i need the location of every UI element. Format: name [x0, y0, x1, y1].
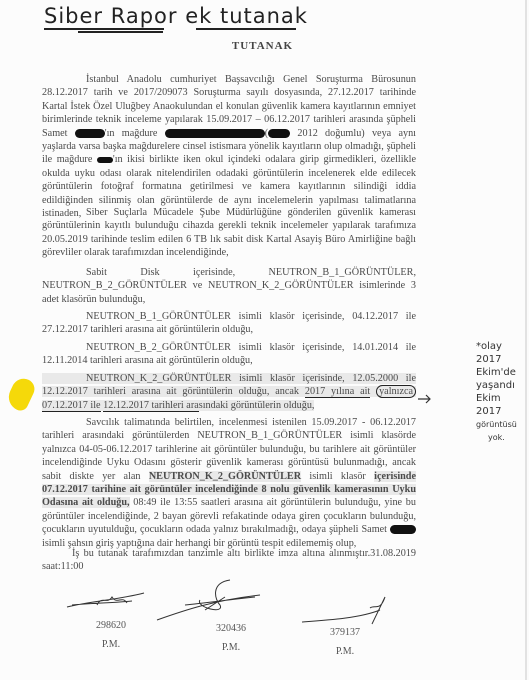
signature-2 [155, 575, 265, 625]
paragraph-k2: NEUTRON_K_2_GÖRÜNTÜLER isimli klasör içe… [42, 372, 416, 412]
paragraph-b2: NEUTRON_B_2_GÖRÜNTÜLER isimli klasör içe… [42, 341, 416, 368]
header-underline [78, 31, 163, 33]
redaction [97, 157, 113, 163]
arrow-icon [416, 392, 476, 406]
paragraph-findings: Savcılık talimatında belirtilen, incelen… [42, 416, 416, 550]
signature-3 [300, 592, 390, 632]
signatory-1: 298620 P.M. [86, 620, 136, 650]
paragraph-cyber: Siber Suçlarla Mücadele Şube Müdürlüğüne… [42, 206, 416, 260]
redaction [268, 129, 290, 138]
redaction [165, 129, 265, 138]
header-underline [196, 28, 296, 30]
paragraph-disk: Sabit Disk içerisinde, NEUTRON_B_1_GÖRÜN… [42, 266, 416, 306]
signatory-2: 320436 P.M. [206, 623, 256, 653]
redaction [390, 525, 416, 534]
document-title: TUTANAK [0, 40, 525, 52]
paragraph-closing: İş bu tutanak tarafımızdan tanzimle altı… [42, 547, 416, 574]
paragraph-intro: İstanbul Anadolu cumhuriyet Başsavcılığı… [42, 73, 416, 220]
margin-note: *olay 2017 Ekim'de yaşandı Ekim 2017 gör… [476, 340, 525, 444]
highlighter-mark [4, 375, 37, 413]
document-page: Siber Rapor ek tutanak TUTANAK İstanbul … [0, 0, 527, 680]
header-underline [44, 28, 164, 30]
redaction [75, 129, 105, 138]
paragraph-b1: NEUTRON_B_1_GÖRÜNTÜLER isimli klasör içe… [42, 310, 416, 337]
signatory-3: 379137 P.M. [320, 627, 370, 657]
handwritten-header: Siber Rapor ek tutanak [44, 4, 308, 28]
signature-1 [62, 585, 152, 615]
